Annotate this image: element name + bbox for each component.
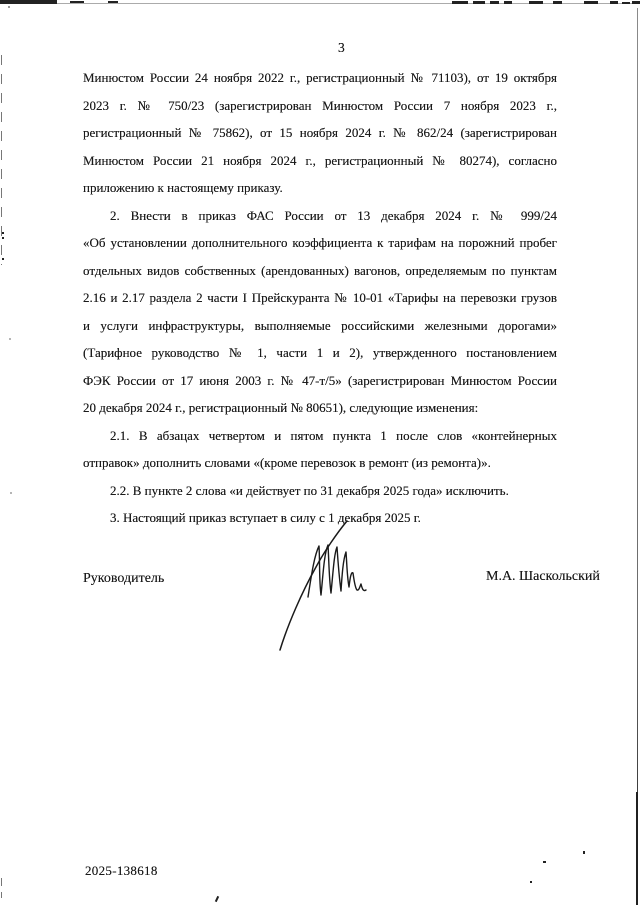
- text-line: (Тарифное руководство № 1, части 1 и 2),…: [83, 339, 557, 367]
- scan-artifact: [473, 1, 485, 4]
- text-line: регистрационный № 75862), от 15 ноября 2…: [83, 119, 557, 147]
- scan-artifact: [2, 237, 4, 239]
- scan-artifact: [504, 1, 512, 4]
- scan-artifact: [0, 0, 57, 4]
- scan-artifact: [583, 851, 585, 854]
- scan-artifact: [70, 1, 84, 3]
- text-line: Минюстом России 24 ноября 2022 г., регис…: [83, 64, 557, 92]
- text-line: отдельных видов собственных (арендованны…: [83, 257, 557, 285]
- scan-artifact: [215, 896, 219, 902]
- scan-artifact: [2, 232, 4, 234]
- scan-artifact-right-edge: [637, 8, 638, 905]
- scan-artifact: [490, 1, 499, 4]
- scan-artifact: [622, 2, 630, 4]
- page-number: 3: [338, 40, 345, 56]
- scan-artifact: [452, 1, 468, 4]
- scan-artifact: [584, 1, 598, 4]
- scan-artifact: [543, 861, 546, 863]
- signature-role-label: Руководитель: [83, 571, 164, 587]
- text-line: 2.1. В абзацах четвертом и пятом пункта …: [83, 422, 557, 450]
- text-line: Минюстом России 21 ноября 2024 г., регис…: [83, 147, 557, 175]
- signature-name: М.А. Шаскольский: [486, 569, 600, 585]
- text-line: отправок» дополнить словами «(кроме пере…: [83, 449, 557, 477]
- scan-artifact: [1, 892, 2, 898]
- scan-artifact: [8, 6, 10, 8]
- scan-artifact: [553, 1, 562, 4]
- scan-artifact-top-edge: [0, 3, 640, 4]
- text-line: 2023 г. № 750/23 (зарегистрирован Минюст…: [83, 92, 557, 120]
- footer-doc-number: 2025-138618: [85, 863, 158, 879]
- scan-artifact: [10, 492, 12, 494]
- scan-artifact: [632, 1, 640, 4]
- text-line: 2. Внести в приказ ФАС России от 13 дека…: [83, 202, 557, 230]
- text-line: и услуги инфраструктуры, выполняемые рос…: [83, 312, 557, 340]
- document-page: 3 Минюстом России 24 ноября 2022 г., рег…: [0, 0, 640, 905]
- document-body: Минюстом России 24 ноября 2022 г., регис…: [83, 64, 557, 532]
- scan-artifact: [1, 878, 2, 886]
- text-line: 2.16 и 2.17 раздела 2 части I Прейскуран…: [83, 284, 557, 312]
- scan-artifact: [2, 258, 4, 260]
- scan-artifact: [530, 881, 532, 883]
- signature-mark: [258, 518, 408, 668]
- text-line: 2.2. В пункте 2 слова «и действует по 31…: [83, 477, 557, 505]
- text-line: 20 декабря 2024 г., регистрационный № 80…: [83, 394, 557, 422]
- scan-artifact: [9, 338, 11, 340]
- text-line: ФЭК России от 17 июня 2003 г. № 47-т/5» …: [83, 367, 557, 395]
- scan-artifact: [610, 1, 618, 4]
- scan-artifact: [529, 1, 543, 4]
- scan-artifact: [108, 1, 118, 3]
- text-line: приложению к настоящему приказу.: [83, 174, 557, 202]
- scan-artifact-right-edge-thick: [636, 792, 638, 905]
- text-line: «Об установлении дополнительного коэффиц…: [83, 229, 557, 257]
